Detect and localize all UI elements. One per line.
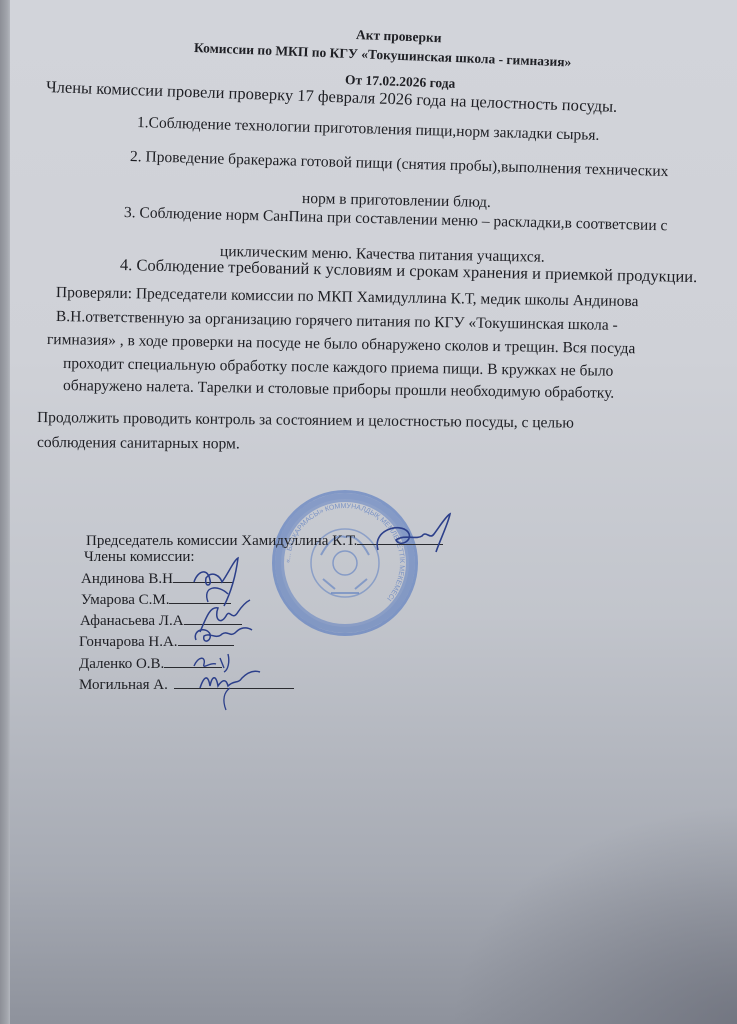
member-name: Гончарова Н.А. <box>79 634 178 650</box>
member-name: Могильная А. <box>79 677 168 693</box>
member-name: Умарова С.М. <box>81 592 169 608</box>
member-name: Афанасьева Л.А <box>80 613 184 629</box>
doc-title: Акт проверки <box>356 27 442 46</box>
member-name: Даленко О.В. <box>79 656 164 672</box>
members-label: Члены комиссии: <box>84 549 195 566</box>
chair-signature-icon <box>370 510 460 560</box>
conclusion-line-2: соблюдения санитарных норм. <box>37 434 240 453</box>
chair-name: Председатель комиссии Хамидуллина К.Т. <box>86 533 357 549</box>
member-signature-icon <box>196 666 266 714</box>
member-name: Андинова В.Н <box>81 571 173 587</box>
member-signature-icon <box>190 622 260 652</box>
shadow <box>450 804 737 1024</box>
